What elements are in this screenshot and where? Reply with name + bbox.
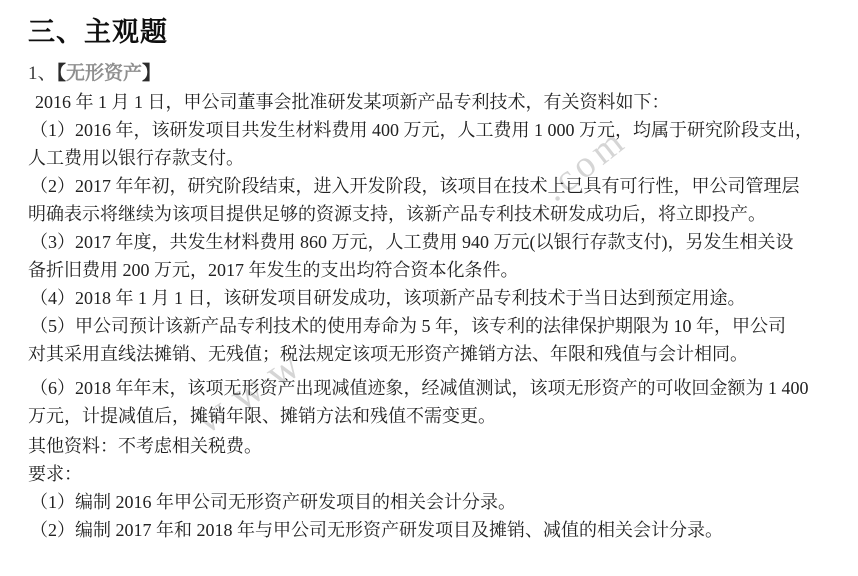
question-tag-bracket-open: 【 (57, 63, 67, 84)
text-line-item5: （5）甲公司预计该新产品专利技术的使用寿命为 5 年，该专利的法律保护期限为 1… (28, 312, 838, 340)
text-line-intro: 2016 年 1 月 1 日，甲公司董事会批准研发某项新产品专利技术，有关资料如… (28, 88, 838, 116)
text-line-item6: （6）2018 年年末，该项无形资产出现减值迹象，经减值测试，该项无形资产的可收… (28, 374, 838, 402)
text-line-item4: （4）2018 年 1 月 1 日，该研发项目研发成功，该项新产品专利技术于当日… (28, 284, 838, 312)
section-heading: 三、主观题 (28, 16, 838, 48)
text-line-item5-cont: 对其采用直线法摊销、无残值；税法规定该项无形资产摊销方法、年限和残值与会计相同。 (28, 340, 838, 368)
question-body: 2016 年 1 月 1 日，甲公司董事会批准研发某项新产品专利技术，有关资料如… (28, 88, 838, 544)
text-line-item3-cont: 备折旧费用 200 万元，2017 年发生的支出均符合资本化条件。 (28, 256, 838, 284)
text-line-other-info: 其他资料：不考虑相关税费。 (28, 432, 838, 460)
text-line-requirement2: （2）编制 2017 年和 2018 年与甲公司无形资产研发项目及摊销、减值的相… (28, 516, 838, 544)
text-line-item1: （1）2016 年，该研发项目共发生材料费用 400 万元，人工费用 1 000… (28, 116, 838, 144)
text-line-requirements-label: 要求： (28, 460, 838, 488)
text-line-item1-cont: 人工费用以银行存款支付。 (28, 144, 838, 172)
question-tag-bracket-close: 】 (142, 63, 161, 84)
question-tag: 无形资产 (66, 63, 142, 84)
document-page: www .com 三、主观题 1、【无形资产】 2016 年 1 月 1 日，甲… (0, 0, 858, 576)
text-line-item6-cont: 万元，计提减值后，摊销年限、摊销方法和残值不需变更。 (28, 402, 838, 430)
text-line-item2: （2）2017 年年初，研究阶段结束，进入开发阶段，该项目在技术上已具有可行性，… (28, 172, 838, 200)
text-line-requirement1: （1）编制 2016 年甲公司无形资产研发项目的相关会计分录。 (28, 488, 838, 516)
document-content: 三、主观题 1、【无形资产】 2016 年 1 月 1 日，甲公司董事会批准研发… (0, 0, 858, 544)
question-number: 1、 (28, 63, 57, 84)
text-line-item2-cont: 明确表示将继续为该项目提供足够的资源支持，该新产品专利技术研发成功后，将立即投产… (28, 200, 838, 228)
question-heading: 1、【无形资产】 (28, 60, 838, 88)
text-line-item3: （3）2017 年度，共发生材料费用 860 万元，人工费用 940 万元(以银… (28, 228, 838, 256)
